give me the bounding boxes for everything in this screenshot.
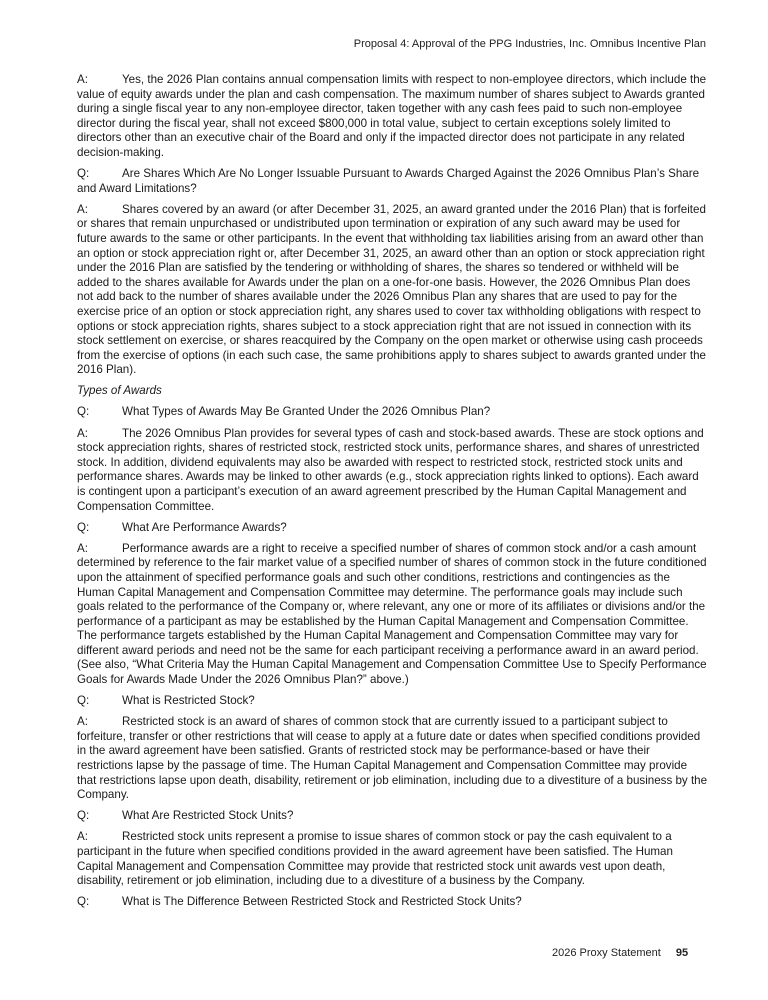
- answer-text: Restricted stock is an award of shares o…: [77, 715, 707, 801]
- answer-text: The 2026 Omnibus Plan provides for sever…: [77, 427, 704, 513]
- qa-label: A:: [77, 73, 122, 88]
- question-text: Are Shares Which Are No Longer Issuable …: [77, 167, 699, 195]
- qa-label: Q:: [77, 167, 122, 182]
- qa-label: Q:: [77, 694, 122, 709]
- section-heading: Types of Awards: [77, 384, 709, 399]
- question-text: What Types of Awards May Be Granted Unde…: [122, 405, 490, 418]
- question-block: Q:What is Restricted Stock?: [77, 694, 709, 709]
- qa-label: Q:: [77, 809, 122, 824]
- answer-block: A:Restricted stock units represent a pro…: [77, 830, 709, 888]
- qa-label: A:: [77, 427, 122, 442]
- question-text: What is The Difference Between Restricte…: [122, 895, 522, 908]
- question-text: What is Restricted Stock?: [122, 694, 255, 707]
- answer-block: A:Restricted stock is an award of shares…: [77, 715, 709, 803]
- question-block: Q:Are Shares Which Are No Longer Issuabl…: [77, 167, 709, 196]
- answer-text: Shares covered by an award (or after Dec…: [77, 203, 706, 377]
- question-text: What Are Restricted Stock Units?: [122, 809, 293, 822]
- qa-label: A:: [77, 830, 122, 845]
- question-text: What Are Performance Awards?: [122, 521, 287, 534]
- qa-label: A:: [77, 542, 122, 557]
- answer-block: A:The 2026 Omnibus Plan provides for sev…: [77, 427, 709, 515]
- answer-block: A:Yes, the 2026 Plan contains annual com…: [77, 73, 709, 161]
- answer-text: Restricted stock units represent a promi…: [77, 830, 673, 887]
- answer-text: Performance awards are a right to receiv…: [77, 542, 707, 686]
- qa-label: Q:: [77, 405, 122, 420]
- page-number: 95: [676, 947, 688, 959]
- page-header: Proposal 4: Approval of the PPG Industri…: [354, 38, 706, 50]
- footer-doc-title: 2026 Proxy Statement: [552, 947, 661, 959]
- document-body: A:Yes, the 2026 Plan contains annual com…: [77, 73, 709, 916]
- question-block: Q:What Are Restricted Stock Units?: [77, 809, 709, 824]
- qa-label: A:: [77, 203, 122, 218]
- page-footer: 2026 Proxy Statement 95: [552, 947, 688, 959]
- answer-block: A:Shares covered by an award (or after D…: [77, 203, 709, 378]
- qa-label: A:: [77, 715, 122, 730]
- answer-block: A:Performance awards are a right to rece…: [77, 542, 709, 688]
- answer-text: Yes, the 2026 Plan contains annual compe…: [77, 73, 706, 159]
- question-block: Q:What Types of Awards May Be Granted Un…: [77, 405, 709, 420]
- qa-label: Q:: [77, 895, 122, 910]
- qa-label: Q:: [77, 521, 122, 536]
- question-block: Q:What Are Performance Awards?: [77, 521, 709, 536]
- question-block: Q:What is The Difference Between Restric…: [77, 895, 709, 910]
